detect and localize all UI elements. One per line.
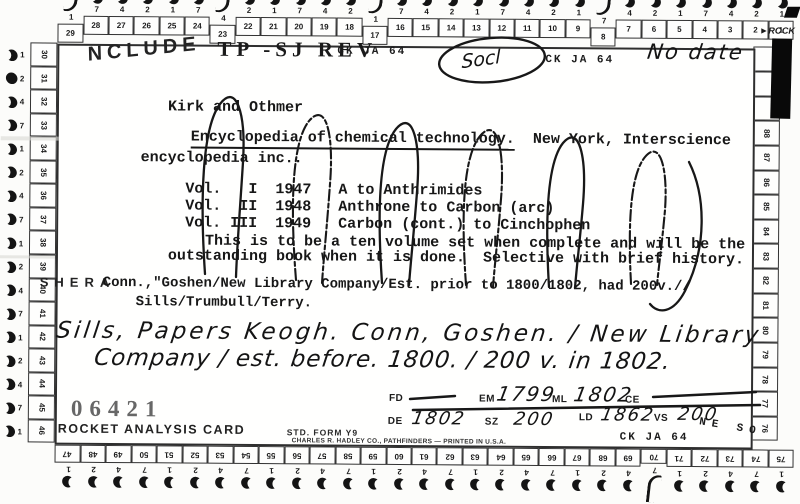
edge-cell: 707 — [641, 449, 667, 503]
edge-number: 60 — [394, 452, 403, 460]
edge-cell: 745 — [1, 396, 55, 420]
edge-cell: 751 — [769, 450, 795, 504]
title-continuation: encyclopedia inc.. — [141, 149, 303, 167]
notch-icon — [317, 0, 333, 7]
title-line: Encyclopedia of chemical technology. New… — [191, 129, 731, 150]
notch-icon — [673, 0, 689, 10]
edge-number: 79 — [761, 350, 769, 359]
punched-notch-icon — [646, 474, 662, 503]
edge-number: 32 — [39, 97, 47, 106]
edge-digit: 7 — [602, 17, 607, 25]
card-rotation-wrapper: 1297284272261257244232221217204192181177… — [0, 0, 800, 504]
de-label: DE — [388, 416, 403, 427]
edge-number-box: 41 — [28, 301, 55, 325]
edge-cell: 129 — [58, 0, 84, 44]
edge-cell: 411 — [515, 0, 541, 47]
edge-number: 13 — [472, 24, 481, 32]
edge-digit: 7 — [500, 9, 505, 17]
edge-number: 69 — [624, 454, 633, 462]
edge-digit: 2 — [295, 466, 300, 474]
notch-icon — [774, 479, 790, 495]
edge-number-box: 64 — [488, 448, 514, 466]
edge-cell: 210 — [541, 0, 567, 47]
edge-digit: 4 — [525, 468, 530, 476]
edge-number-box: 83 — [752, 244, 779, 269]
edge-number: 27 — [117, 22, 126, 30]
edge-number: 71 — [675, 454, 684, 462]
edge-number-box: 67 — [564, 448, 590, 466]
edge-digit: 4 — [117, 465, 122, 473]
no-date-note: No date — [646, 40, 746, 65]
edge-number: 87 — [762, 153, 770, 162]
notch-icon — [723, 0, 739, 10]
notch-icon — [391, 476, 407, 492]
edge-number: 9 — [576, 25, 581, 33]
edge-number: 49 — [114, 450, 123, 458]
em-value: 1799 — [495, 382, 558, 406]
edge-number-box: 47 — [55, 445, 81, 463]
vs-label: VS — [654, 413, 668, 424]
notch-icon — [1, 376, 17, 392]
edge-number: 39 — [38, 262, 46, 271]
edge-number: 63 — [471, 452, 480, 460]
edge-number-box: 13 — [464, 18, 490, 37]
edge-cell: 235 — [2, 161, 56, 185]
edge-digit: 4 — [120, 6, 125, 14]
edge-cell: 642 — [488, 448, 514, 502]
edge-number: 45 — [37, 403, 45, 412]
edge-number-box: 88 — [753, 121, 780, 146]
edge-number-box: 22 — [235, 17, 261, 36]
edge-number: 46 — [37, 426, 45, 435]
edge-cell: 47 — [617, 0, 643, 48]
edge-number: 56 — [292, 451, 301, 459]
edge-number: 70 — [649, 452, 658, 460]
notch-icon — [3, 188, 19, 204]
edge-cell: 494 — [106, 445, 132, 499]
edge-cell: 432 — [3, 90, 57, 114]
edge-cell: 482 — [81, 445, 107, 499]
notch-icon — [2, 353, 18, 369]
edge-digit: 2 — [653, 10, 658, 18]
notch-icon — [546, 0, 562, 9]
edge-number-box: 51 — [157, 445, 183, 463]
edge-cell: 243 — [1, 349, 55, 373]
shera-reference-line-2: Sills/Trumbull/Terry. — [136, 294, 313, 311]
edge-number: 61 — [420, 452, 429, 460]
edge-number: 14 — [447, 24, 456, 32]
edge-number-box: 20 — [286, 17, 312, 36]
edge-cell: 711 — [667, 449, 693, 503]
edge-cell: 671 — [565, 448, 591, 502]
edge-number-box: 26 — [134, 16, 160, 35]
edge-digit: 4 — [323, 7, 328, 15]
edge-number: 86 — [762, 178, 770, 187]
volume-line-1: Vol. I 1947 A to Anthrimides — [185, 181, 482, 200]
notch-icon — [2, 259, 18, 275]
edge-digit: 2 — [754, 10, 759, 18]
notch-icon — [136, 474, 152, 490]
edge-number: 4 — [703, 26, 708, 34]
edge-number: 37 — [39, 215, 47, 224]
edge-digit: 1 — [779, 470, 784, 478]
edge-number-box: 36 — [29, 184, 56, 208]
notch-icon — [343, 0, 359, 8]
form-number: STD. FORM Y9 — [287, 427, 358, 437]
edge-cell: 741 — [1, 302, 55, 326]
edge-number: 21 — [269, 23, 278, 31]
edge-number: 2 — [753, 26, 758, 34]
edge-number-box: 78 — [751, 367, 778, 392]
edge-cell: 522 — [183, 445, 209, 499]
punched-notch-icon — [4, 70, 20, 86]
notch-icon — [241, 0, 257, 7]
edge-number: 66 — [547, 453, 556, 461]
edge-digit: 7 — [94, 6, 99, 14]
edge-number-box: 66 — [539, 448, 565, 466]
edge-number-box: 82 — [752, 268, 779, 293]
edge-cell: 534 — [208, 446, 234, 500]
edge-number: 75 — [777, 455, 786, 463]
edge-digit: 4 — [729, 469, 734, 477]
edge-number-box: 10 — [540, 19, 566, 38]
printer-line: CHARLES R. HADLEY CO., PATHFINDERS — PRI… — [292, 437, 507, 445]
edge-digit: 7 — [346, 467, 351, 475]
edge-digit: 2 — [145, 6, 150, 14]
edge-number-box: 58 — [335, 447, 361, 465]
edge-number: 38 — [39, 238, 47, 247]
edge-number: 11 — [523, 24, 532, 32]
edge-number-box: 14 — [438, 18, 464, 37]
edge-number-box: 3 — [717, 20, 743, 39]
edge-cell: 627 — [438, 447, 464, 501]
notch-icon — [289, 475, 305, 491]
edge-digit: 4 — [424, 8, 429, 16]
edge-number-box: 21 — [261, 17, 287, 36]
edge-digit: 7 — [244, 466, 249, 474]
edge-number: 74 — [751, 454, 760, 462]
edge-cell: 737 — [2, 208, 56, 232]
em-label: EM — [479, 394, 495, 405]
edge-digit: 1 — [272, 7, 277, 15]
check-initials-3: CK JA 64 — [620, 432, 689, 444]
edge-number-box: 63 — [462, 447, 488, 465]
edge-number: 54 — [241, 451, 250, 459]
edge-number: 77 — [760, 400, 768, 409]
notch-icon — [595, 477, 611, 493]
notch-icon — [622, 0, 638, 10]
edge-digit: 2 — [247, 7, 252, 15]
edge-number: 68 — [598, 453, 607, 461]
ml-label: ML — [552, 394, 568, 405]
notch-icon — [162, 474, 178, 490]
edge-digit: 2 — [703, 469, 708, 477]
edge-number-box: 9 — [565, 19, 591, 38]
edge-number: 55 — [267, 451, 276, 459]
edge-number: 42 — [38, 332, 46, 341]
title-rest: New York, Interscience — [515, 131, 731, 150]
edge-cell: 614 — [412, 447, 438, 501]
edge-digit: 1 — [678, 469, 683, 477]
edge-number: 19 — [320, 23, 329, 31]
de-value: 1802 — [410, 408, 468, 429]
edge-digit: 7 — [550, 468, 555, 476]
edge-number-box: 84 — [752, 219, 779, 244]
edge-number-box: 55 — [259, 446, 285, 464]
notch-icon — [60, 474, 76, 490]
edge-cell: 722 — [692, 449, 718, 503]
notch-icon — [2, 329, 18, 345]
notch-icon — [340, 476, 356, 492]
corner-cut-mark — [784, 7, 800, 18]
ld-label: LD — [579, 412, 593, 423]
notch-icon — [3, 141, 19, 157]
edge-number-box: 57 — [310, 446, 336, 464]
edge-number-box: 28 — [83, 16, 109, 35]
edge-cell: 667 — [539, 448, 565, 502]
edge-number-box: 68 — [590, 448, 616, 466]
edge-number-box: 62 — [437, 447, 463, 465]
edge-number-box: 32 — [30, 90, 57, 114]
notch-icon — [366, 476, 382, 492]
edge-digit: 2 — [601, 468, 606, 476]
edge-number: 59 — [369, 452, 378, 460]
edge-digit: 7 — [297, 7, 302, 15]
edge-number-box: 74 — [743, 449, 769, 467]
edge-number: 34 — [39, 144, 47, 153]
edge-number: 83 — [761, 252, 769, 261]
punched-notch-icon — [63, 0, 79, 12]
edge-digit: 1 — [168, 465, 173, 473]
notch-icon — [89, 0, 105, 6]
edge-number: 43 — [38, 356, 46, 365]
edge-number-box: 19 — [311, 17, 337, 36]
edge-digit: 2 — [91, 465, 96, 473]
notch-icon — [417, 476, 433, 492]
edge-number-box: 85 — [752, 195, 779, 220]
notch-icon — [621, 477, 637, 493]
edge-digit: 1 — [678, 10, 683, 18]
edge-cell: 88 — [753, 122, 780, 147]
edge-number: 81 — [761, 301, 769, 310]
edge-cell: 682 — [590, 448, 616, 502]
edge-number: 3 — [728, 26, 733, 34]
edge-number: 41 — [38, 309, 46, 318]
notch-icon — [419, 0, 435, 8]
edge-number: 28 — [91, 21, 100, 29]
edge-digit: 2 — [397, 467, 402, 475]
edge-number-box: 12 — [489, 19, 515, 38]
edge-number-box: 35 — [29, 160, 56, 184]
edge-cell: 631 — [463, 447, 489, 501]
edge-number-box: 65 — [513, 448, 539, 466]
edge-cell: 654 — [514, 448, 540, 502]
edge-number-box: 33 — [30, 113, 57, 137]
punched-notch-icon — [596, 0, 612, 16]
card-name: ROCKET ANALYSIS CARD — [58, 422, 246, 437]
notch-icon — [698, 0, 714, 10]
edge-number: 44 — [38, 379, 46, 388]
notch-icon — [190, 0, 206, 7]
edge-cell: 427 — [109, 0, 135, 44]
edge-number: 16 — [396, 23, 405, 31]
ld-value: 1862 — [599, 404, 657, 425]
edge-number-box: 16 — [388, 18, 414, 37]
notch-icon — [2, 282, 18, 298]
edge-cell: 78 — [591, 0, 617, 48]
edge-number: 57 — [318, 451, 327, 459]
edge-cell: 84 — [752, 221, 779, 246]
edge-number: 51 — [165, 450, 174, 458]
notch-icon — [723, 478, 739, 494]
edge-number-box: 7 — [616, 20, 642, 39]
notch-icon — [544, 477, 560, 493]
punched-notch-icon — [368, 0, 384, 14]
edge-number: 65 — [522, 453, 531, 461]
edge-cell: 22 — [744, 0, 770, 49]
edge-number-box: 4 — [692, 20, 718, 39]
edge-cell: 82 — [752, 270, 779, 295]
edge-cell: 214 — [439, 0, 465, 46]
edge-digit: 4 — [729, 10, 734, 18]
edge-number: 53 — [216, 451, 225, 459]
edge-number: 64 — [496, 453, 505, 461]
bottom-notch-edge: 4714824945075115225345475515625745875916… — [55, 445, 794, 504]
fd-label: FD — [389, 393, 403, 404]
edge-number: 33 — [39, 121, 47, 130]
edge-digit: 2 — [450, 8, 455, 16]
notch-icon — [1, 400, 17, 416]
edge-number: 62 — [445, 452, 454, 460]
notch-icon — [1, 423, 17, 439]
edge-number: 36 — [39, 191, 47, 200]
edge-cell: 591 — [361, 447, 387, 501]
edge-number: 10 — [548, 25, 557, 33]
notch-icon — [267, 0, 283, 7]
card-edge-brand-label: ►ROCK — [760, 26, 795, 36]
scanned-keysort-card: 1297284272261257244232221217204192181177… — [0, 0, 800, 504]
edge-digit: 2 — [193, 466, 198, 474]
edge-number: 12 — [497, 24, 506, 32]
edge-digit: 7 — [652, 466, 657, 474]
edge-digit: 2 — [348, 8, 353, 16]
edge-number-box: 11 — [514, 19, 540, 38]
notch-icon — [442, 476, 458, 492]
notch-icon — [519, 477, 535, 493]
edge-cell: 602 — [387, 447, 413, 501]
edge-number: 72 — [700, 454, 709, 462]
edge-number-box: 73 — [717, 449, 743, 467]
notch-icon — [213, 475, 229, 491]
edge-number-box: 25 — [159, 16, 185, 35]
notch-icon — [238, 475, 254, 491]
notch-icon — [85, 474, 101, 490]
edge-number-box: 59 — [361, 447, 387, 465]
edge-number: 48 — [89, 450, 98, 458]
notch-icon — [2, 306, 18, 322]
notch-icon — [187, 474, 203, 490]
edge-number-box: 31 — [30, 66, 57, 90]
notch-icon — [4, 47, 20, 63]
edge-number-box: 50 — [131, 445, 157, 463]
edge-digit: 7 — [142, 465, 147, 473]
notch-icon — [697, 478, 713, 494]
edge-number-box: 18 — [337, 18, 363, 37]
edge-number-box: 8 — [591, 27, 617, 46]
edge-digit: 4 — [627, 10, 632, 18]
notch-icon — [165, 0, 181, 6]
punched-notch-icon — [216, 0, 232, 13]
edge-number-box: 81 — [752, 293, 779, 318]
edge-number: 35 — [39, 168, 47, 177]
edge-number-box: 86 — [752, 170, 779, 195]
edge-cell: 551 — [259, 446, 285, 500]
punched-black-bar — [770, 38, 792, 118]
edge-number-box: 15 — [413, 18, 439, 37]
edge-number-box: 75 — [768, 450, 794, 468]
edge-number: 67 — [573, 453, 582, 461]
edge-cell: 562 — [285, 446, 311, 500]
edge-number: 5 — [677, 25, 682, 33]
edge-number-box: 45 — [28, 396, 55, 420]
notch-icon — [570, 477, 586, 493]
edge-cell: 415 — [414, 0, 440, 46]
edge-number: 88 — [762, 129, 770, 138]
edge-cell: 471 — [55, 445, 81, 499]
edge-cell: 77 — [751, 393, 778, 418]
edge-digit: 2 — [499, 468, 504, 476]
edge-number: 18 — [345, 23, 354, 31]
edge-number-box: 5 — [667, 20, 693, 39]
edge-digit: 7 — [399, 8, 404, 16]
notch-icon — [748, 478, 764, 494]
edge-number: 73 — [726, 454, 735, 462]
edge-cell: 146 — [1, 420, 55, 444]
left-notch-edge: 1302314327331342354367371382394407411422… — [1, 43, 58, 443]
edge-number-box: 77 — [751, 392, 778, 417]
edge-number: 50 — [139, 450, 148, 458]
notch-icon — [571, 0, 587, 9]
edge-number: 52 — [190, 451, 199, 459]
edge-digit: 1 — [69, 14, 74, 22]
edge-number-box: 43 — [28, 349, 55, 373]
edge-number-box: 6 — [641, 20, 667, 39]
edge-number-box: 53 — [208, 446, 234, 464]
edge-digit: 1 — [374, 16, 379, 24]
edge-number-box: 61 — [411, 447, 437, 465]
edge-digit: 1 — [66, 465, 71, 473]
sz-label: SZ — [485, 417, 499, 428]
edge-cell: 734 — [718, 449, 744, 503]
edge-number-box: 56 — [284, 446, 310, 464]
edge-cell: 511 — [157, 445, 183, 499]
scan-streak — [1, 136, 59, 140]
notch-icon — [470, 0, 486, 9]
edge-cell: 81 — [752, 295, 779, 320]
edge-number-box: 48 — [80, 445, 106, 463]
edge-cell: 728 — [84, 0, 110, 44]
edge-number-box: 54 — [233, 446, 259, 464]
edge-cell: 712 — [490, 0, 516, 47]
notch-icon — [749, 0, 765, 10]
edge-digit: 7 — [754, 469, 759, 477]
edge-number: 6 — [652, 25, 657, 33]
edge-number: 15 — [421, 24, 430, 32]
edge-cell: 507 — [132, 445, 158, 499]
edge-number-box: 49 — [106, 445, 132, 463]
edge-digit: 1 — [270, 466, 275, 474]
notch-icon — [495, 0, 511, 9]
